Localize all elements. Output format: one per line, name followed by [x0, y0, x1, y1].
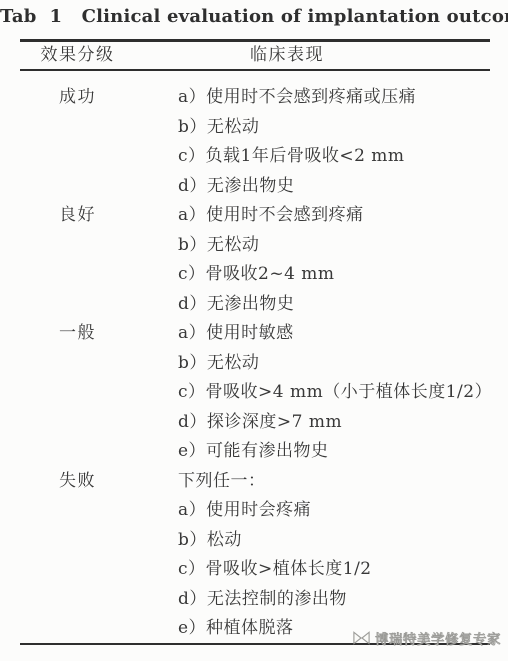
criteria-item: d）无渗出物史 — [178, 290, 364, 320]
criteria-list: a）使用时不会感到疼痛 b）无松动 c）骨吸收2~4 mm d）无渗出物史 — [178, 201, 364, 319]
table-row-success: 成功 a）使用时不会感到疼痛或压痛 b）无松动 c）负载1年后骨吸收<2 mm … — [20, 83, 490, 201]
criteria-item: e）可能有渗出物史 — [178, 437, 492, 467]
criteria-item: e）种植体脱落 — [178, 614, 372, 644]
criteria-item: a）使用时敏感 — [178, 319, 492, 349]
watermark-logo-icon — [352, 630, 371, 646]
watermark: 博瑞特美学修复专家 — [352, 628, 501, 648]
table-row-failure: 失败 下列任一： a）使用时会疼痛 b）松动 c）骨吸收>植体长度1/2 d）无… — [20, 467, 490, 644]
criteria-item: c）骨吸收>植体长度1/2 — [178, 555, 372, 585]
criteria-item: a）使用时会疼痛 — [178, 496, 372, 526]
criteria-item: c）负载1年后骨吸收<2 mm — [178, 142, 416, 172]
criteria-item: b）松动 — [178, 526, 372, 556]
column-header-grade: 效果分级 — [20, 42, 135, 69]
criteria-item: b）无松动 — [178, 349, 492, 379]
table-body: 成功 a）使用时不会感到疼痛或压痛 b）无松动 c）负载1年后骨吸收<2 mm … — [20, 83, 490, 644]
criteria-list: 下列任一： a）使用时会疼痛 b）松动 c）骨吸收>植体长度1/2 d）无法控制… — [178, 467, 372, 644]
watermark-text: 博瑞特美学修复专家 — [375, 628, 501, 648]
criteria-item: a）使用时不会感到疼痛或压痛 — [178, 83, 416, 113]
criteria-list: a）使用时敏感 b）无松动 c）骨吸收>4 mm（小于植体长度1/2） d）探诊… — [178, 319, 492, 467]
grade-label: 良好 — [20, 201, 135, 231]
paper-table-page: Tab 1 Clinical evaluation of implantatio… — [0, 0, 508, 661]
criteria-item: d）无渗出物史 — [178, 172, 416, 202]
criteria-item: b）无松动 — [178, 113, 416, 143]
criteria-list: a）使用时不会感到疼痛或压痛 b）无松动 c）负载1年后骨吸收<2 mm d）无… — [178, 83, 416, 201]
criteria-item: c）骨吸收2~4 mm — [178, 260, 364, 290]
criteria-item: 下列任一： — [178, 467, 372, 497]
criteria-item: b）无松动 — [178, 231, 364, 261]
table-header-row: 效果分级 临床表现 — [20, 42, 490, 69]
grade-label: 失败 — [20, 467, 135, 497]
grade-label: 一般 — [20, 319, 135, 349]
table-header-rule — [20, 69, 490, 71]
table-caption: Tab 1 Clinical evaluation of implantatio… — [0, 6, 508, 27]
table-row-fair: 一般 a）使用时敏感 b）无松动 c）骨吸收>4 mm（小于植体长度1/2） d… — [20, 319, 490, 467]
criteria-item: c）骨吸收>4 mm（小于植体长度1/2） — [178, 378, 492, 408]
criteria-item: a）使用时不会感到疼痛 — [178, 201, 364, 231]
table-row-good: 良好 a）使用时不会感到疼痛 b）无松动 c）骨吸收2~4 mm d）无渗出物史 — [20, 201, 490, 319]
criteria-item: d）探诊深度>7 mm — [178, 408, 492, 438]
criteria-item: d）无法控制的渗出物 — [178, 585, 372, 615]
grade-label: 成功 — [20, 83, 135, 113]
column-header-clinical-presentation: 临床表现 — [178, 42, 396, 69]
